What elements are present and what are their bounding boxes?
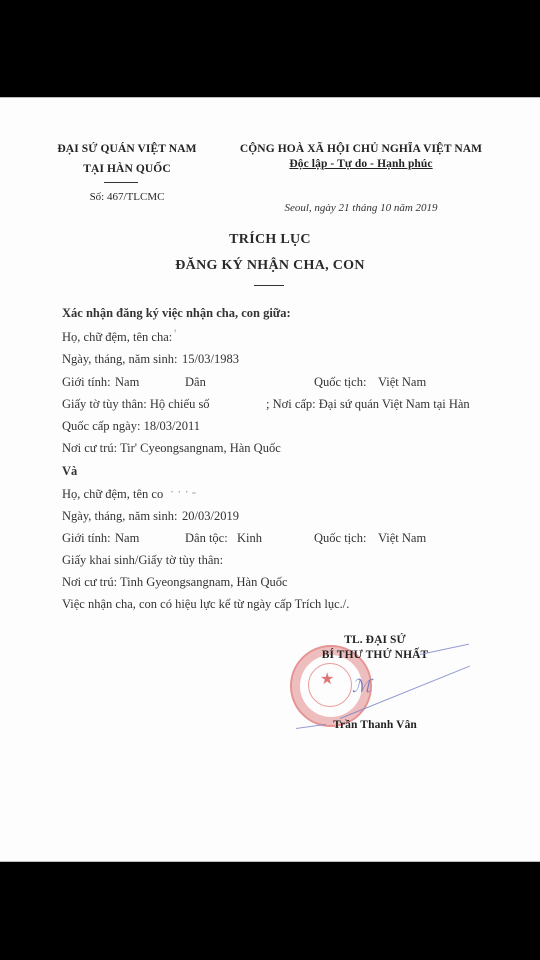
father-id-issuer: ; Nơi cấp: Đại sứ quán Việt Nam tại Hàn [266, 397, 470, 412]
father-dob-label: Ngày, tháng, năm sinh: [62, 352, 178, 367]
signature-line1: TL. ĐẠI SỨ [300, 634, 450, 646]
closing-statement: Việc nhận cha, con có hiệu lực kể từ ngà… [62, 597, 349, 612]
child-gender-label: Giới tính: [62, 531, 111, 546]
title-line2: ĐĂNG KÝ NHẬN CHA, CON [0, 258, 540, 274]
intro-text: Xác nhận đăng ký việc nhận cha, con giữa… [62, 306, 291, 321]
father-gender-label: Giới tính: [62, 375, 111, 390]
signature-scribble: ℳ [352, 676, 371, 697]
title-divider [254, 285, 284, 286]
title-line1: TRÍCH LỤC [0, 232, 540, 248]
child-gender-value: Nam [115, 531, 139, 546]
child-nationality-label: Quốc tịch: [314, 531, 366, 546]
father-dob-value: 15/03/1983 [182, 352, 239, 367]
father-nationality-value: Việt Nam [378, 375, 426, 390]
father-nationality-label: Quốc tịch: [314, 375, 366, 390]
nation-line1: CỘNG HOÀ XÃ HỘI CHỦ NGHĨA VIỆT NAM [236, 143, 486, 155]
child-dob-label: Ngày, tháng, năm sinh: [62, 509, 178, 524]
child-residence: Nơi cư trú: Tinh Gyeongsangnam, Hàn Quốc [62, 575, 288, 590]
child-dob-value: 20/03/2019 [182, 509, 239, 524]
father-name-label: Họ, chữ đệm, tên cha: [62, 330, 172, 345]
issuer-line2: TẠI HÀN QUỐC [52, 163, 202, 175]
nation-motto: Độc lập - Tự do - Hạnh phúc [236, 158, 486, 170]
child-ethnicity-label: Dân tộc: [185, 531, 228, 546]
conjunction: Và [62, 464, 77, 479]
father-ethnicity-label: Dân [185, 375, 206, 390]
issuer-divider [104, 182, 138, 183]
child-id-label: Giấy khai sinh/Giấy tờ tùy thân: [62, 553, 223, 568]
child-name-value: · · · - [170, 485, 196, 500]
father-id-label: Giấy tờ tùy thân: Hộ chiếu số [62, 397, 210, 412]
father-id-issue-date: Quốc cấp ngày: 18/03/2011 [62, 419, 200, 434]
document-number: Số: 467/TLCMC [52, 191, 202, 203]
issuer-line1: ĐẠI SỨ QUÁN VIỆT NAM [52, 143, 202, 155]
place-date: Seoul, ngày 21 tháng 10 năm 2019 [236, 202, 486, 214]
father-name-value: ' [174, 327, 176, 342]
child-name-label: Họ, chữ đệm, tên co [62, 487, 163, 502]
signer-name: Trần Thanh Vân [300, 719, 450, 731]
father-residence: Nơi cư trú: Tir' Cyeongsangnam, Hàn Quốc [62, 441, 281, 456]
signature-line2: BÍ THƯ THỨ NHẤT [300, 649, 450, 661]
document-page: ĐẠI SỨ QUÁN VIỆT NAM TẠI HÀN QUỐC Số: 46… [0, 98, 540, 861]
father-gender-value: Nam [115, 375, 139, 390]
child-nationality-value: Việt Nam [378, 531, 426, 546]
child-ethnicity-value: Kinh [237, 531, 262, 546]
star-icon: ★ [320, 669, 334, 688]
